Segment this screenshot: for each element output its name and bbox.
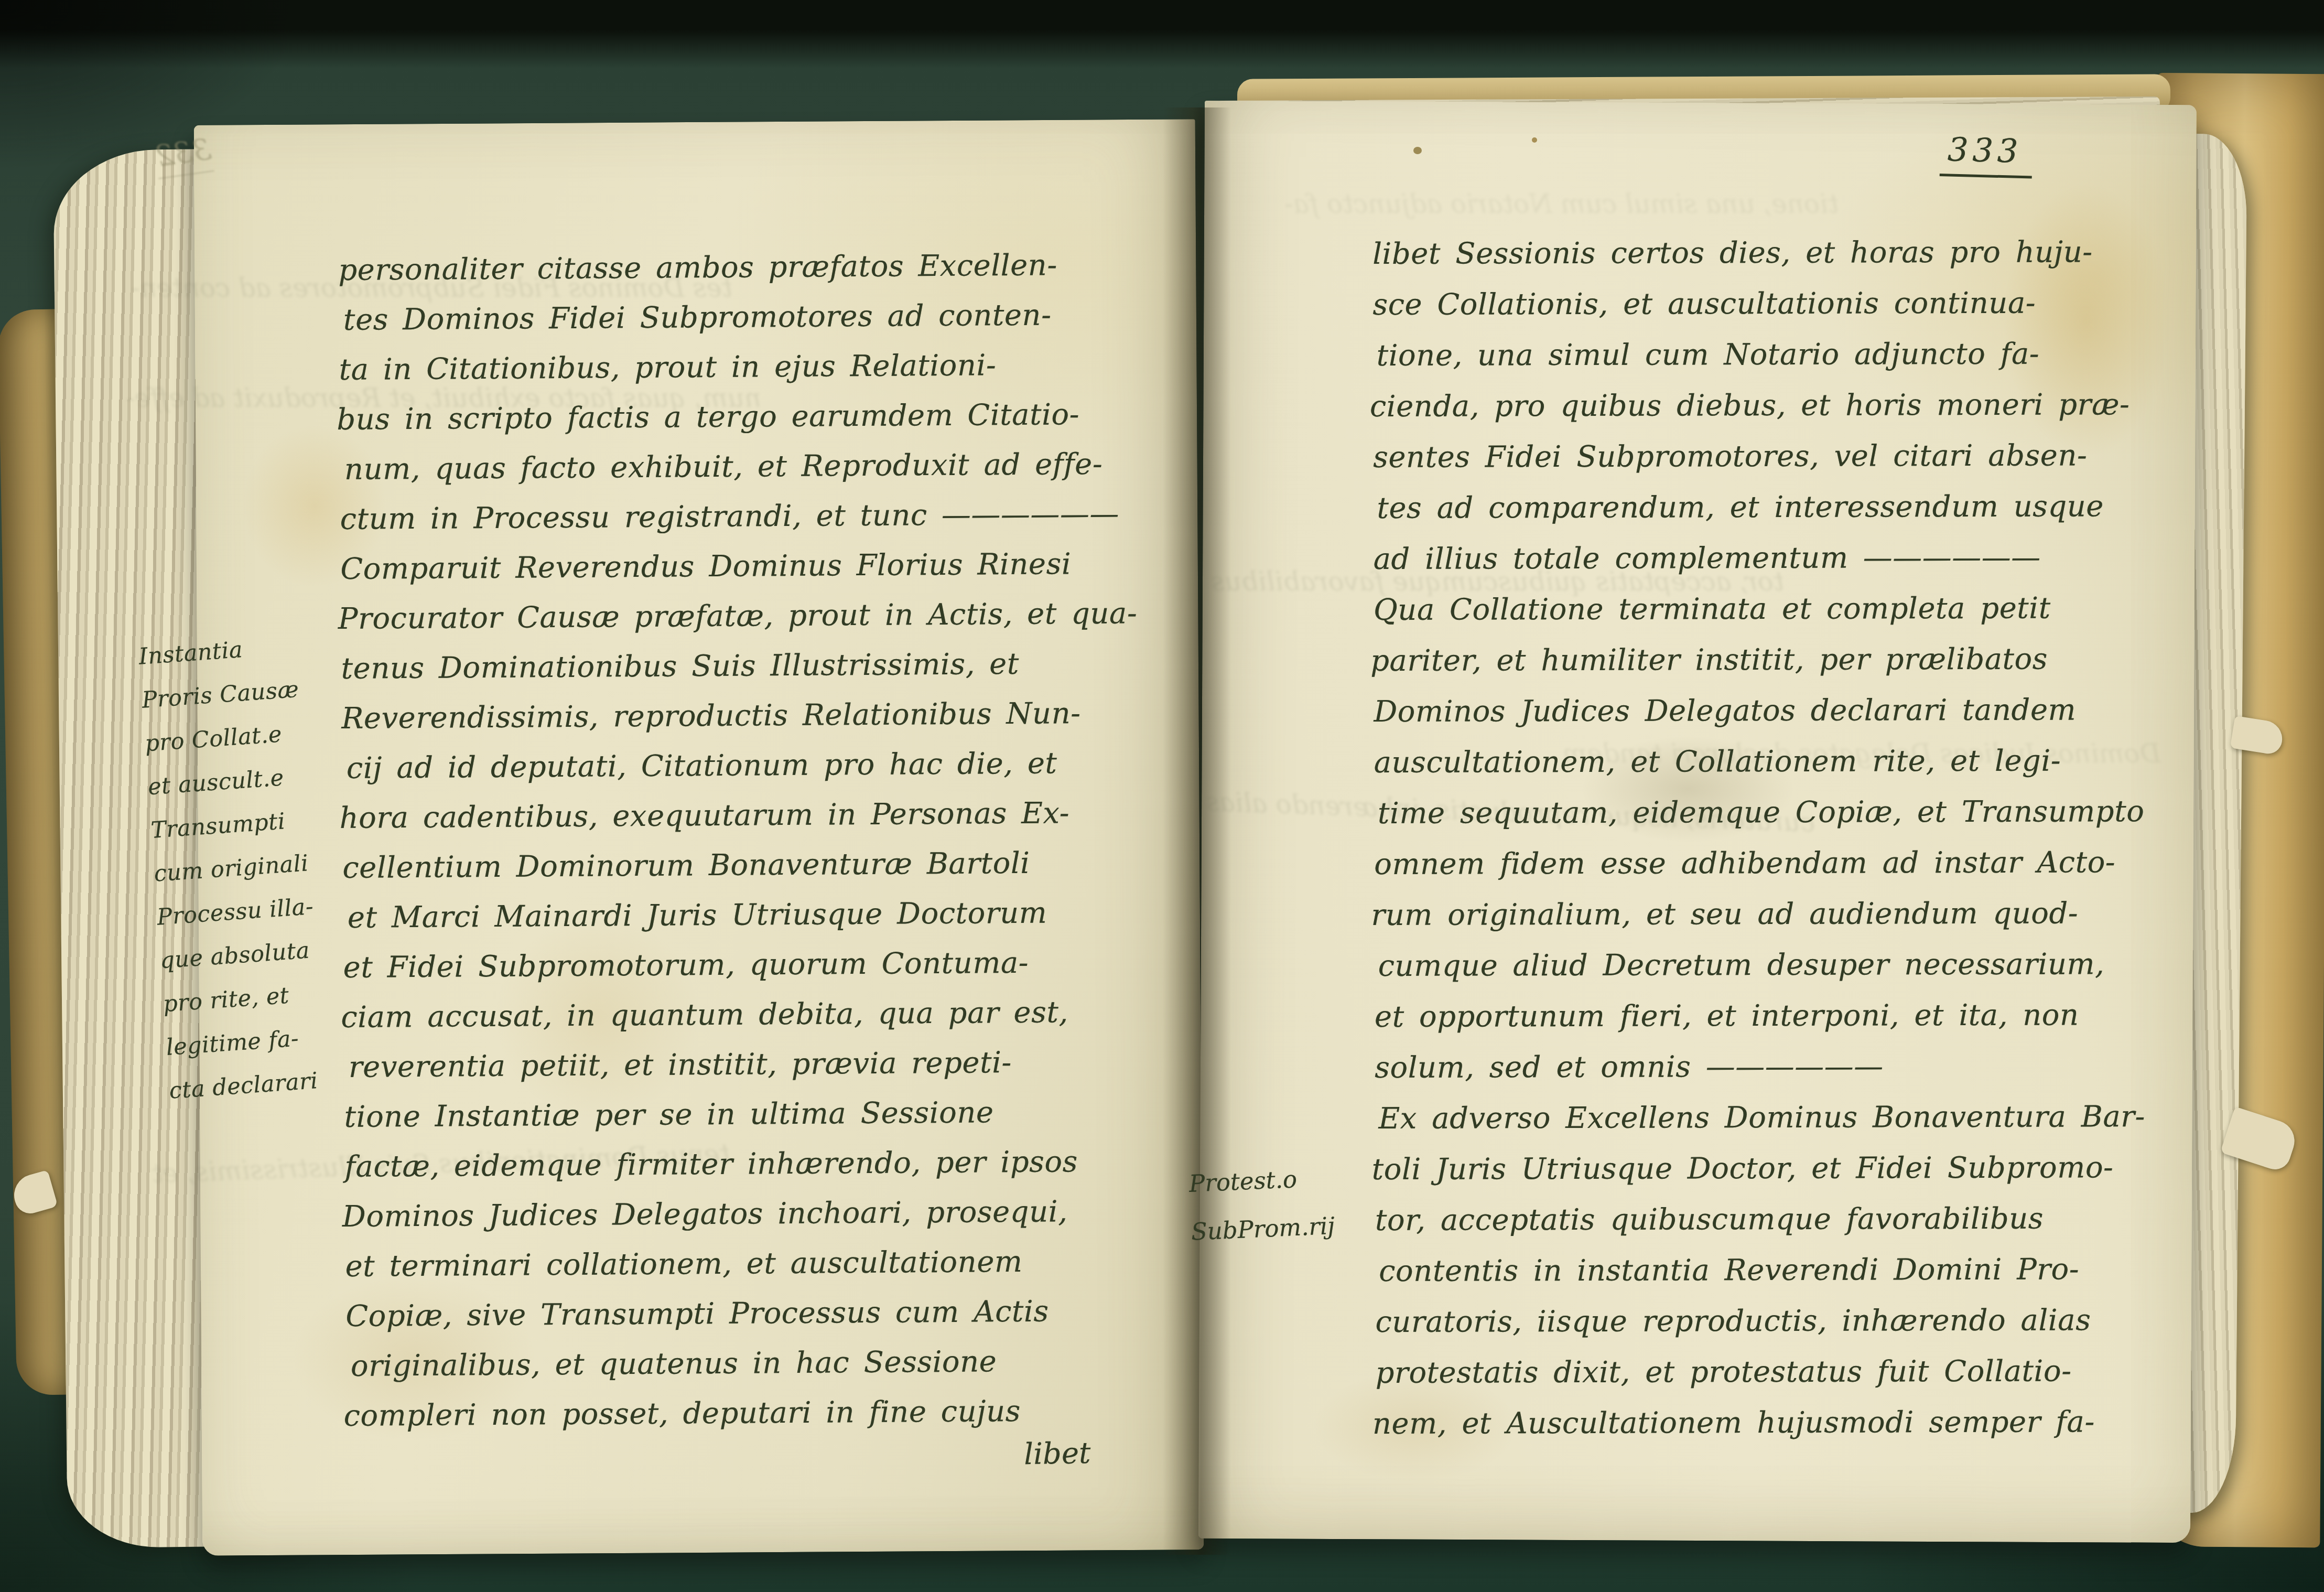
- manuscript-line: curatoris, iisque reproductis, inhærendo…: [1375, 1295, 2198, 1348]
- ghost-folio-number: 332: [153, 132, 214, 179]
- manuscript-line: num, quas facto exhibuit, et Reproduxit …: [344, 439, 1184, 494]
- margin-note-line: Protest.o: [1188, 1154, 1334, 1208]
- manuscript-line: tione, una simul cum Notario adjuncto fa…: [1377, 328, 2200, 381]
- manuscript-line: reverentia petiit, et institit, prævia r…: [349, 1037, 1188, 1092]
- catchword: libet: [818, 1436, 1091, 1475]
- manuscript-line: sentes Fidei Subpromotores, vel citari a…: [1373, 430, 2196, 483]
- manuscript-line: originalibus, et quatenus in hac Session…: [351, 1336, 1190, 1391]
- manuscript-line: bus in scripto factis a tergo earumdem C…: [337, 389, 1176, 445]
- manuscript-line: tenus Dominationibus Suis Illustrissimis…: [341, 638, 1180, 694]
- manuscript-line: sce Collationis, et auscultationis conti…: [1372, 277, 2196, 330]
- manuscript-line: ta in Citationibus, prout in ejus Relati…: [339, 339, 1178, 395]
- manuscript-line: omnem fidem esse adhibendam ad instar Ac…: [1374, 837, 2197, 890]
- manuscript-line: protestatis dixit, et protestatus fuit C…: [1376, 1346, 2199, 1399]
- manuscript-line: auscultationem, et Collationem rite, et …: [1374, 735, 2197, 788]
- manuscript-line: Dominos Judices Delegatos declarari tand…: [1374, 684, 2197, 737]
- wormhole-fleck: [1413, 147, 1422, 154]
- manuscript-line: et terminari collationem, et auscultatio…: [345, 1236, 1184, 1292]
- manuscript-line: cij ad id deputati, Citationum pro hac d…: [347, 738, 1186, 793]
- manuscript-line: tes ad comparendum, et interessendum usq…: [1377, 481, 2200, 534]
- manuscript-line: ctum in Processu registrandi, et tunc ——…: [340, 489, 1179, 544]
- manuscript-line: cumque aliud Decretum desuper necessariu…: [1378, 939, 2201, 992]
- manuscript-line: tione Instantiæ per se in ultima Session…: [344, 1087, 1183, 1142]
- manuscript-line: et Marci Mainardi Juris Utriusque Doctor…: [348, 887, 1187, 943]
- manuscript-line: Comparuit Reverendus Dominus Florius Rin…: [340, 539, 1180, 594]
- manuscript-line: hora cadentibus, exequutarum in Personas…: [339, 788, 1179, 843]
- manuscript-line: toli Juris Utriusque Doctor, et Fidei Su…: [1372, 1142, 2195, 1195]
- manuscript-line: Procurator Causæ præfatæ, prout in Actis…: [338, 588, 1177, 644]
- left-margin-note: InstantiaProris Causæpro Collat.eet ausc…: [137, 625, 328, 1113]
- manuscript-line: rum originalium, et seu ad audiendum quo…: [1371, 888, 2194, 941]
- manuscript-line: Qua Collatione terminata et completa pet…: [1374, 583, 2197, 636]
- manuscript-line: time sequutam, eidemque Copiæ, et Transu…: [1378, 786, 2201, 839]
- manuscript-line: tes Dominos Fidei Subpromotores ad conte…: [343, 289, 1183, 345]
- folio-number-text: 333: [1940, 130, 2034, 179]
- manuscript-line: Copiæ, sive Transumpti Processus cum Act…: [345, 1286, 1185, 1341]
- folio-number: 333: [1940, 130, 2034, 179]
- manuscript-line: ad illius totale complementum ——————: [1374, 532, 2197, 585]
- manuscript-line: factæ, eidemque firmiter inhærendo, per …: [344, 1136, 1184, 1192]
- manuscript-photo: tes Dominos Fidei Subpromotores ad conte…: [0, 0, 2324, 1592]
- manuscript-line: libet Sessionis certos dies, et horas pr…: [1372, 227, 2196, 279]
- manuscript-line: compleri non posset, deputari in fine cu…: [343, 1385, 1183, 1441]
- manuscript-line: Dominos Judices Delegatos inchoari, pros…: [342, 1186, 1182, 1242]
- manuscript-line: et Fidei Subpromotorum, quorum Contuma-: [343, 937, 1182, 993]
- wormhole-fleck: [1532, 137, 1537, 143]
- right-page-text: libet Sessionis certos dies, et horas pr…: [1372, 227, 2199, 1449]
- manuscript-line: cellentium Dominorum Bonaventuræ Bartoli: [342, 837, 1182, 893]
- manuscript-line: Ex adverso Excellens Dominus Bonaventura…: [1378, 1091, 2201, 1144]
- manuscript-line: solum, sed et omnis ——————: [1375, 1040, 2198, 1093]
- manuscript-line: pariter, et humiliter institit, per præl…: [1370, 633, 2193, 686]
- right-margin-note: Protest.oSubProm.rij: [1188, 1154, 1336, 1256]
- manuscript-line: ciam accusat, in quantum debita, qua par…: [341, 987, 1180, 1042]
- manuscript-line: et opportunum fieri, et interponi, et it…: [1375, 989, 2198, 1042]
- manuscript-line: tor, acceptatis quibuscumque favorabilib…: [1375, 1193, 2198, 1246]
- manuscript-line: cienda, pro quibus diebus, et horis mone…: [1370, 379, 2193, 432]
- margin-note-line: SubProm.rij: [1190, 1202, 1336, 1256]
- left-page-text: personaliter citasse ambos præfatos Exce…: [338, 240, 1185, 1441]
- manuscript-line: contentis in instantia Reverendi Domini …: [1379, 1244, 2202, 1297]
- manuscript-line: personaliter citasse ambos præfatos Exce…: [338, 240, 1177, 295]
- manuscript-line: nem, et Auscultationem hujusmodi semper …: [1372, 1396, 2196, 1449]
- manuscript-line: Reverendissimis, reproductis Relationibu…: [341, 688, 1181, 744]
